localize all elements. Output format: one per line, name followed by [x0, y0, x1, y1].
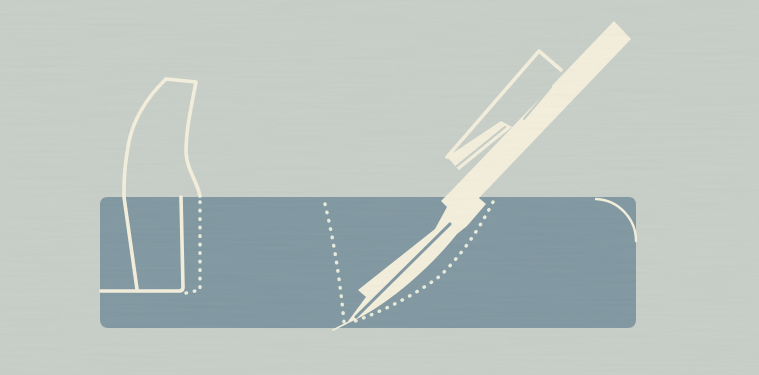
carving-illustration-plate	[0, 0, 759, 375]
carving-illustration-svg	[0, 0, 759, 375]
